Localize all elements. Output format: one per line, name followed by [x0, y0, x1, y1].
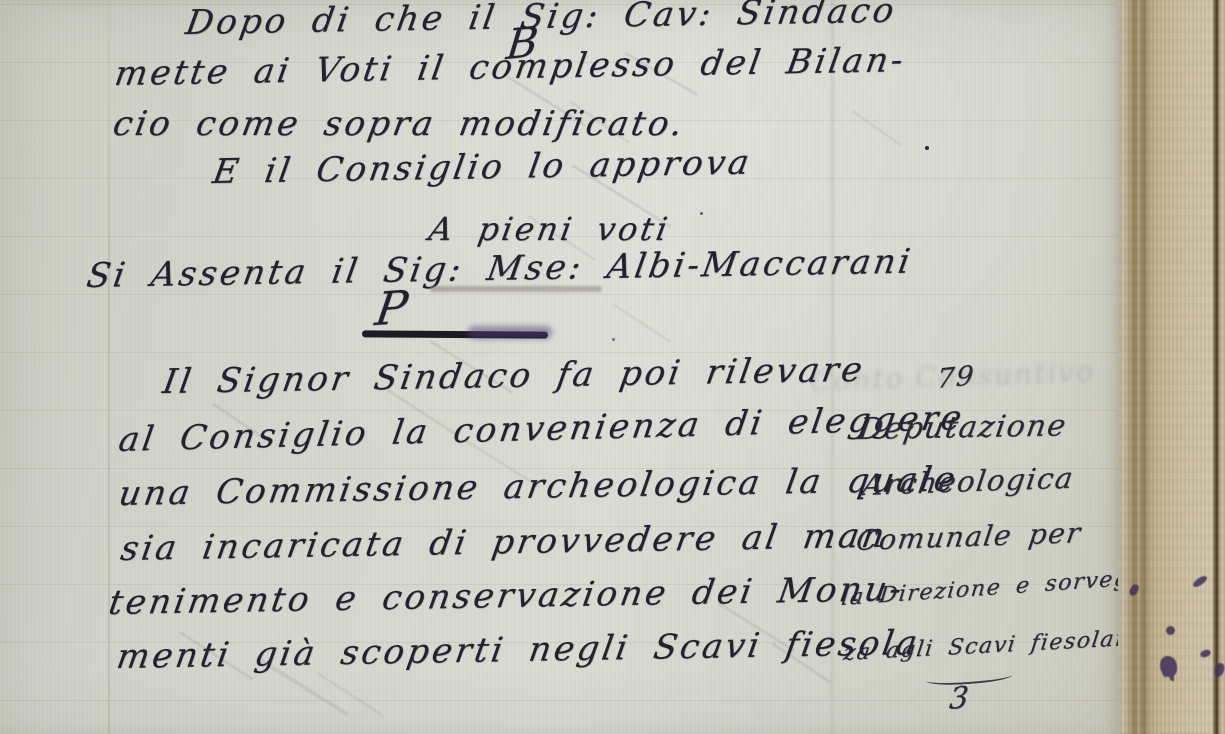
margin-entry-number: 79: [936, 360, 976, 395]
ink-speck: [925, 146, 929, 150]
handwritten-line: A pieni voti: [426, 210, 673, 248]
pencil-smudge: [430, 286, 602, 292]
ink-speck: [612, 338, 615, 341]
margin-footnote-number: 3: [948, 680, 971, 717]
ink-speck: [700, 212, 703, 215]
ink-stain: [1166, 626, 1175, 635]
margin-note-line: Deputazione: [856, 408, 1069, 447]
ink-dash-smudge: [468, 326, 552, 339]
manuscript-photo: Conto Consuntivo Dopo di che il Sig: Cav…: [0, 0, 1225, 734]
ink-stain: [1160, 656, 1177, 677]
margin-rule-line: [108, 0, 110, 734]
book-page-edges: [1118, 0, 1225, 734]
handwritten-line: cio come sopra modificato.: [110, 104, 688, 144]
